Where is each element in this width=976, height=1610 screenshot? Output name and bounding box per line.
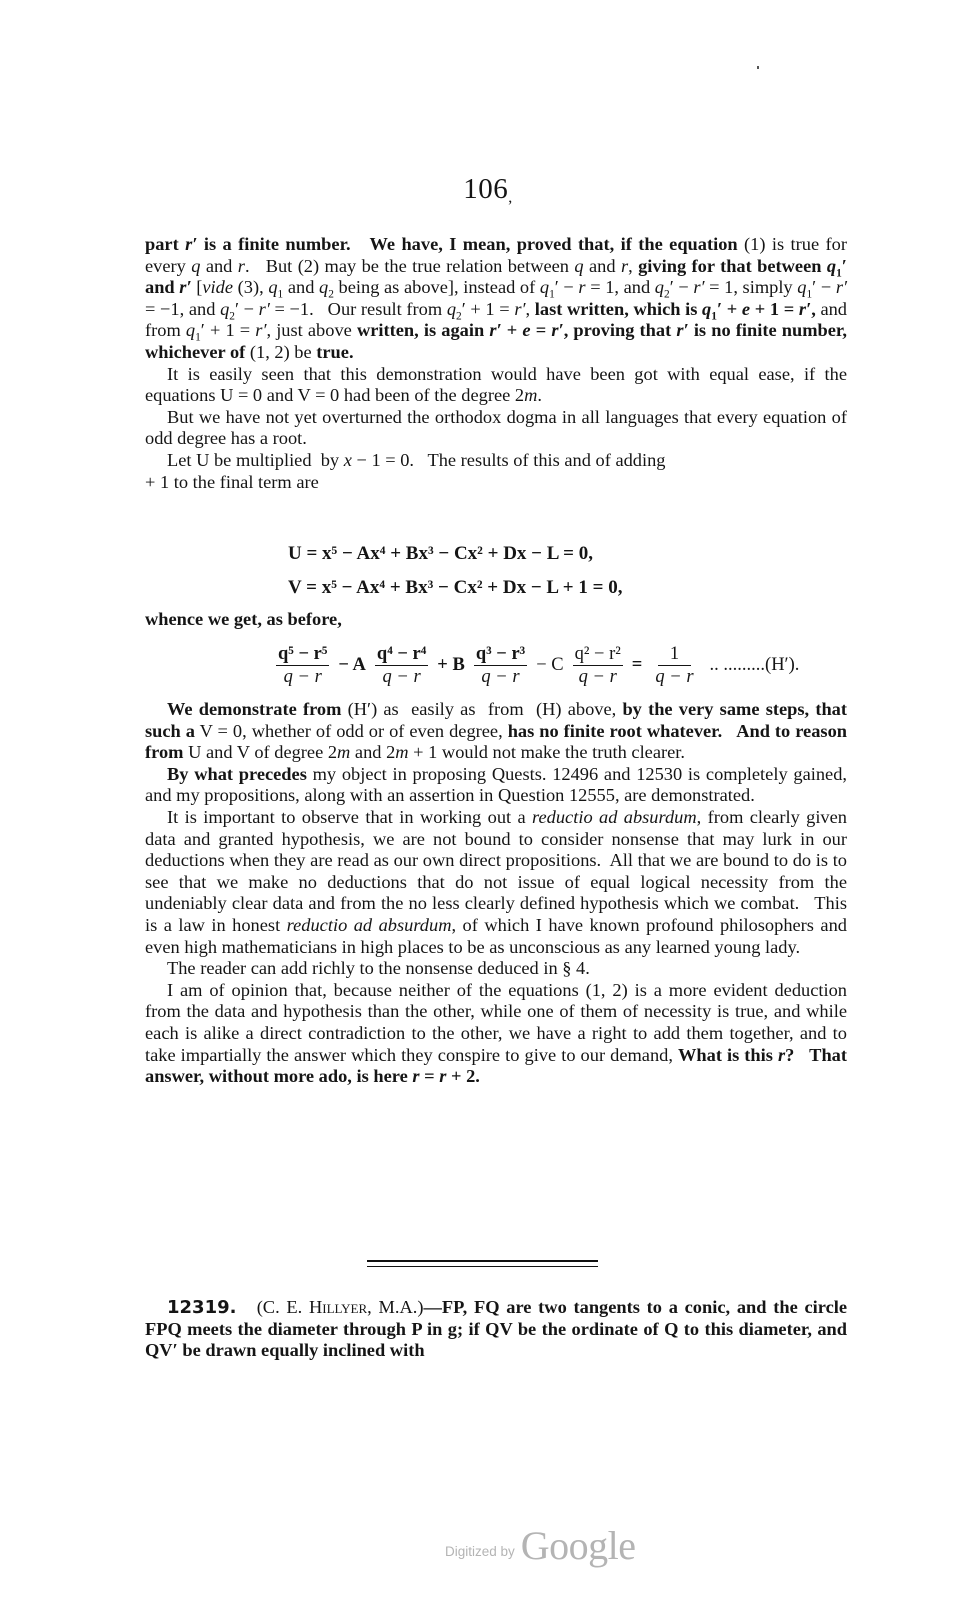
paragraph-quests: By what precedes my object in proposing … xyxy=(145,764,847,807)
paragraph-demonstrate-h-prime: We demonstrate from (H′) as easily as fr… xyxy=(145,699,847,764)
page-number: 106, xyxy=(0,173,976,207)
google-logo: Google xyxy=(521,1523,636,1568)
equals-sign: = xyxy=(632,655,643,676)
question-text: —FP, FQ are two tangents to a conic, and… xyxy=(145,1297,847,1360)
paragraph-reductio: It is important to observe that in worki… xyxy=(145,807,847,958)
paragraph-orthodox-dogma: But we have not yet overturned the ortho… xyxy=(145,407,847,450)
denominator: q − r xyxy=(655,666,693,688)
numerator: q⁵ − r⁵ xyxy=(276,643,329,666)
whence-text: whence we get, as before, xyxy=(145,609,847,631)
body-text-bottom: We demonstrate from (H′) as easily as fr… xyxy=(145,699,847,1088)
equation-h-prime: q⁵ − r⁵ q − r − A q⁴ − r⁴ q − r + B q³ −… xyxy=(270,643,799,688)
denominator: q − r xyxy=(579,666,617,688)
numerator: q⁴ − r⁴ xyxy=(375,643,428,666)
question-author: (C. E. Hillyer, M.A.) xyxy=(257,1297,424,1317)
page-number-mark: , xyxy=(508,189,513,206)
numerator: q³ − r³ xyxy=(474,643,527,666)
equation-u: U = x⁵ − Ax⁴ + Bx³ − Cx² + Dx − L = 0, xyxy=(288,543,593,565)
coefficient: + B xyxy=(437,655,465,676)
paragraph-opinion: I am of opinion that, because neither of… xyxy=(145,980,847,1088)
paragraph-whence: whence we get, as before, xyxy=(145,609,847,631)
section-divider-top xyxy=(367,1260,598,1262)
paragraph-continuation: part r′ is a finite number. We have, I m… xyxy=(145,234,847,364)
question-12319: 12319. (C. E. Hillyer, M.A.)—FP, FQ are … xyxy=(145,1297,847,1362)
coefficient: − C xyxy=(536,655,563,676)
coefficient: − A xyxy=(338,655,366,676)
body-text-top: part r′ is a finite number. We have, I m… xyxy=(145,234,847,493)
fraction-term-1: q⁵ − r⁵ q − r xyxy=(276,643,329,688)
digitized-by-label: Digitized by xyxy=(445,1544,515,1559)
section-divider-bottom xyxy=(367,1266,598,1267)
google-digitized-watermark: Digitized by Google xyxy=(445,1522,636,1569)
numerator: q² − r² xyxy=(573,643,623,666)
paragraph-demonstration-ease: It is easily seen that this demonstratio… xyxy=(145,364,847,407)
paragraph-multiply-u: Let U be multiplied by x − 1 = 0. The re… xyxy=(145,450,847,493)
page-number-text: 106 xyxy=(463,173,508,205)
next-question: 12319. (C. E. Hillyer, M.A.)—FP, FQ are … xyxy=(145,1297,847,1362)
fraction-term-5: 1 q − r xyxy=(655,643,693,688)
fraction-term-2: q⁴ − r⁴ q − r xyxy=(375,643,428,688)
equation-label: .. .........(H′). xyxy=(710,655,800,676)
numerator: 1 xyxy=(658,643,691,666)
equation-v: V = x⁵ − Ax⁴ + Bx³ − Cx² + Dx − L + 1 = … xyxy=(288,577,622,599)
denominator: q − r xyxy=(284,666,322,688)
denominator: q − r xyxy=(481,666,519,688)
scan-speck xyxy=(757,66,759,69)
question-number: 12319. xyxy=(167,1297,236,1318)
fraction-term-3: q³ − r³ q − r xyxy=(474,643,527,688)
paragraph-reader: The reader can add richly to the nonsens… xyxy=(145,958,847,980)
fraction-term-4: q² − r² q − r xyxy=(573,643,623,688)
denominator: q − r xyxy=(383,666,421,688)
